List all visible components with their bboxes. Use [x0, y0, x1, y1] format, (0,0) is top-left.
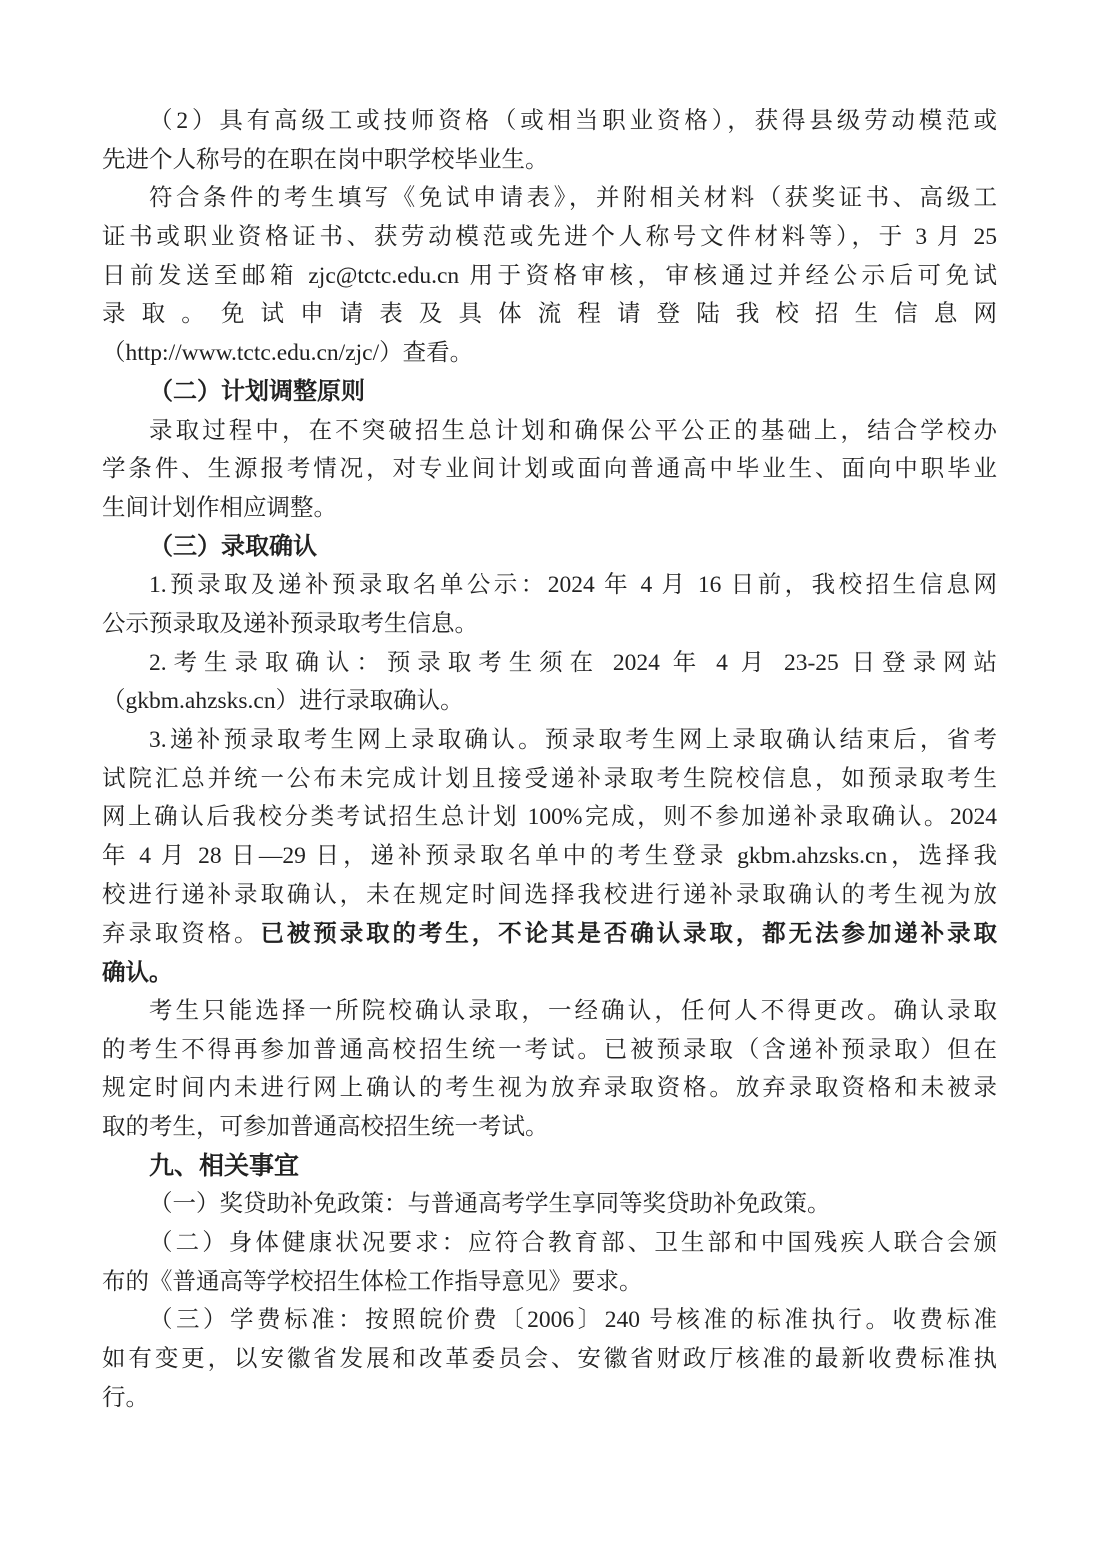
text-line-4: 证书或职业资格证书、获劳动模范或先进个人称号文件材料等），于 3 月 25	[102, 218, 997, 257]
text-segment: 录取过程中，在不突破招生总计划和确保公平公正的基础上，结合学校办	[149, 418, 997, 444]
text-segment: 录取。免试申请表及具体流程请登陆我校招生信息网	[102, 301, 997, 327]
text-segment: 先进个人称号的在职在岗中职学校毕业生。	[102, 147, 549, 173]
text-line-19: 网上确认后我校分类考试招生总计划 100%完成，则不参加递补录取确认。2024	[102, 798, 997, 837]
text-line-1: （2）具有高级工或技师资格（或相当职业资格），获得县级劳动模范或	[102, 102, 997, 141]
page-content: （2）具有高级工或技师资格（或相当职业资格），获得县级劳动模范或先进个人称号的在…	[102, 102, 997, 1417]
text-segment: 符合条件的考生填写《免试申请表》，并附相关材料（获奖证书、高级工	[149, 185, 997, 211]
text-line-33: 如有变更，以安徽省发展和改革委员会、安徽省财政厅核准的最新收费标准执	[102, 1340, 997, 1379]
text-segment: 生间计划作相应调整。	[102, 495, 337, 521]
text-segment: （三）学费标准：按照皖价费〔2006〕240 号核准的标准执行。收费标准	[149, 1307, 997, 1333]
text-line-34: 行。	[102, 1379, 997, 1418]
text-segment: （三）录取确认	[149, 534, 317, 560]
text-line-18: 试院汇总并统一公布未完成计划且接受递补录取考生院校信息，如预录取考生	[102, 760, 997, 799]
text-segment: （gkbm.ahzsks.cn）进行录取确认。	[102, 688, 464, 714]
text-line-13: 1.预录取及递补预录取名单公示：2024 年 4 月 16 日前，我校招生信息网	[102, 566, 997, 605]
text-segment: 考生只能选择一所院校确认录取，一经确认，任何人不得更改。确认录取	[149, 998, 997, 1024]
text-segment: 规定时间内未进行网上确认的考生视为放弃录取资格。放弃录取资格和未被录	[102, 1075, 997, 1101]
text-line-9: 录取过程中，在不突破招生总计划和确保公平公正的基础上，结合学校办	[102, 412, 997, 451]
text-segment: 九、相关事宜	[149, 1152, 299, 1180]
text-segment: 试院汇总并统一公布未完成计划且接受递补录取考生院校信息，如预录取考生	[102, 766, 997, 792]
text-line-25: 的考生不得再参加普通高校招生统一考试。已被预录取（含递补预录取）但在	[102, 1031, 997, 1070]
text-line-22: 弃录取资格。已被预录取的考生，不论其是否确认录取，都无法参加递补录取	[102, 914, 997, 953]
text-line-7: （http://www.tctc.edu.cn/zjc/）查看。	[102, 334, 997, 373]
text-line-2: 先进个人称号的在职在岗中职学校毕业生。	[102, 141, 997, 180]
bold-text-segment: 确认。	[102, 959, 173, 985]
text-segment: （2）具有高级工或技师资格（或相当职业资格），获得县级劳动模范或	[149, 108, 997, 134]
text-segment: 布的《普通高等学校招生体检工作指导意见》要求。	[102, 1269, 643, 1295]
text-segment: 校进行递补录取确认，未在规定时间选择我校进行递补录取确认的考生视为放	[102, 882, 997, 908]
text-segment: 2.考生录取确认：预录取考生须在 2024 年 4 月 23-25 日登录网站	[149, 650, 997, 676]
text-line-17: 3.递补预录取考生网上录取确认。预录取考生网上录取确认结束后，省考	[102, 721, 997, 760]
text-line-20: 年 4 月 28 日—29 日，递补预录取名单中的考生登录 gkbm.ahzsk…	[102, 837, 997, 876]
text-segment: （http://www.tctc.edu.cn/zjc/）查看。	[102, 340, 473, 366]
text-line-3: 符合条件的考生填写《免试申请表》，并附相关材料（获奖证书、高级工	[102, 179, 997, 218]
text-segment: 年 4 月 28 日—29 日，递补预录取名单中的考生登录 gkbm.ahzsk…	[102, 843, 997, 869]
text-line-32: （三）学费标准：按照皖价费〔2006〕240 号核准的标准执行。收费标准	[102, 1301, 997, 1340]
text-segment: 证书或职业资格证书、获劳动模范或先进个人称号文件材料等），于 3 月 25	[102, 224, 997, 250]
text-line-29: （一）奖贷助补免政策：与普通高考学生享同等奖贷助补免政策。	[102, 1185, 997, 1224]
text-segment: 3.递补预录取考生网上录取确认。预录取考生网上录取确认结束后，省考	[149, 727, 997, 753]
text-segment: 取的考生，可参加普通高校招生统一考试。	[102, 1114, 549, 1140]
text-line-11: 生间计划作相应调整。	[102, 489, 997, 528]
text-line-24: 考生只能选择一所院校确认录取，一经确认，任何人不得更改。确认录取	[102, 992, 997, 1031]
text-line-28: 九、相关事宜	[102, 1147, 997, 1186]
text-segment: 的考生不得再参加普通高校招生统一考试。已被预录取（含递补预录取）但在	[102, 1037, 997, 1063]
text-segment: 日前发送至邮箱 zjc@tctc.edu.cn 用于资格审核，审核通过并经公示后…	[102, 263, 997, 289]
text-line-27: 取的考生，可参加普通高校招生统一考试。	[102, 1108, 997, 1147]
text-line-6: 录取。免试申请表及具体流程请登陆我校招生信息网	[102, 295, 997, 334]
document-page: （2）具有高级工或技师资格（或相当职业资格），获得县级劳动模范或先进个人称号的在…	[0, 0, 1102, 1559]
text-line-31: 布的《普通高等学校招生体检工作指导意见》要求。	[102, 1263, 997, 1302]
text-line-8: （二）计划调整原则	[102, 373, 997, 412]
text-segment: （二）计划调整原则	[149, 379, 365, 405]
text-segment: 公示预录取及递补预录取考生信息。	[102, 611, 478, 637]
text-segment: 学条件、生源报考情况，对专业间计划或面向普通高中毕业生、面向中职毕业	[102, 456, 997, 482]
text-line-30: （二）身体健康状况要求：应符合教育部、卫生部和中国残疾人联合会颁	[102, 1224, 997, 1263]
text-segment: 如有变更，以安徽省发展和改革委员会、安徽省财政厅核准的最新收费标准执	[102, 1346, 997, 1372]
text-segment: 行。	[102, 1385, 149, 1411]
text-line-23: 确认。	[102, 953, 997, 992]
text-line-10: 学条件、生源报考情况，对专业间计划或面向普通高中毕业生、面向中职毕业	[102, 450, 997, 489]
text-segment: 弃录取资格。	[102, 921, 260, 947]
text-line-14: 公示预录取及递补预录取考生信息。	[102, 605, 997, 644]
text-segment: （一）奖贷助补免政策：与普通高考学生享同等奖贷助补免政策。	[149, 1191, 831, 1217]
text-line-5: 日前发送至邮箱 zjc@tctc.edu.cn 用于资格审核，审核通过并经公示后…	[102, 257, 997, 296]
text-line-15: 2.考生录取确认：预录取考生须在 2024 年 4 月 23-25 日登录网站	[102, 644, 997, 683]
text-line-12: （三）录取确认	[102, 528, 997, 567]
text-segment: 网上确认后我校分类考试招生总计划 100%完成，则不参加递补录取确认。2024	[102, 804, 997, 830]
text-line-21: 校进行递补录取确认，未在规定时间选择我校进行递补录取确认的考生视为放	[102, 876, 997, 915]
text-segment: （二）身体健康状况要求：应符合教育部、卫生部和中国残疾人联合会颁	[149, 1230, 997, 1256]
text-line-26: 规定时间内未进行网上确认的考生视为放弃录取资格。放弃录取资格和未被录	[102, 1069, 997, 1108]
text-segment: 1.预录取及递补预录取名单公示：2024 年 4 月 16 日前，我校招生信息网	[149, 572, 997, 598]
text-line-16: （gkbm.ahzsks.cn）进行录取确认。	[102, 682, 997, 721]
bold-text-segment: 已被预录取的考生，不论其是否确认录取，都无法参加递补录取	[260, 920, 997, 946]
